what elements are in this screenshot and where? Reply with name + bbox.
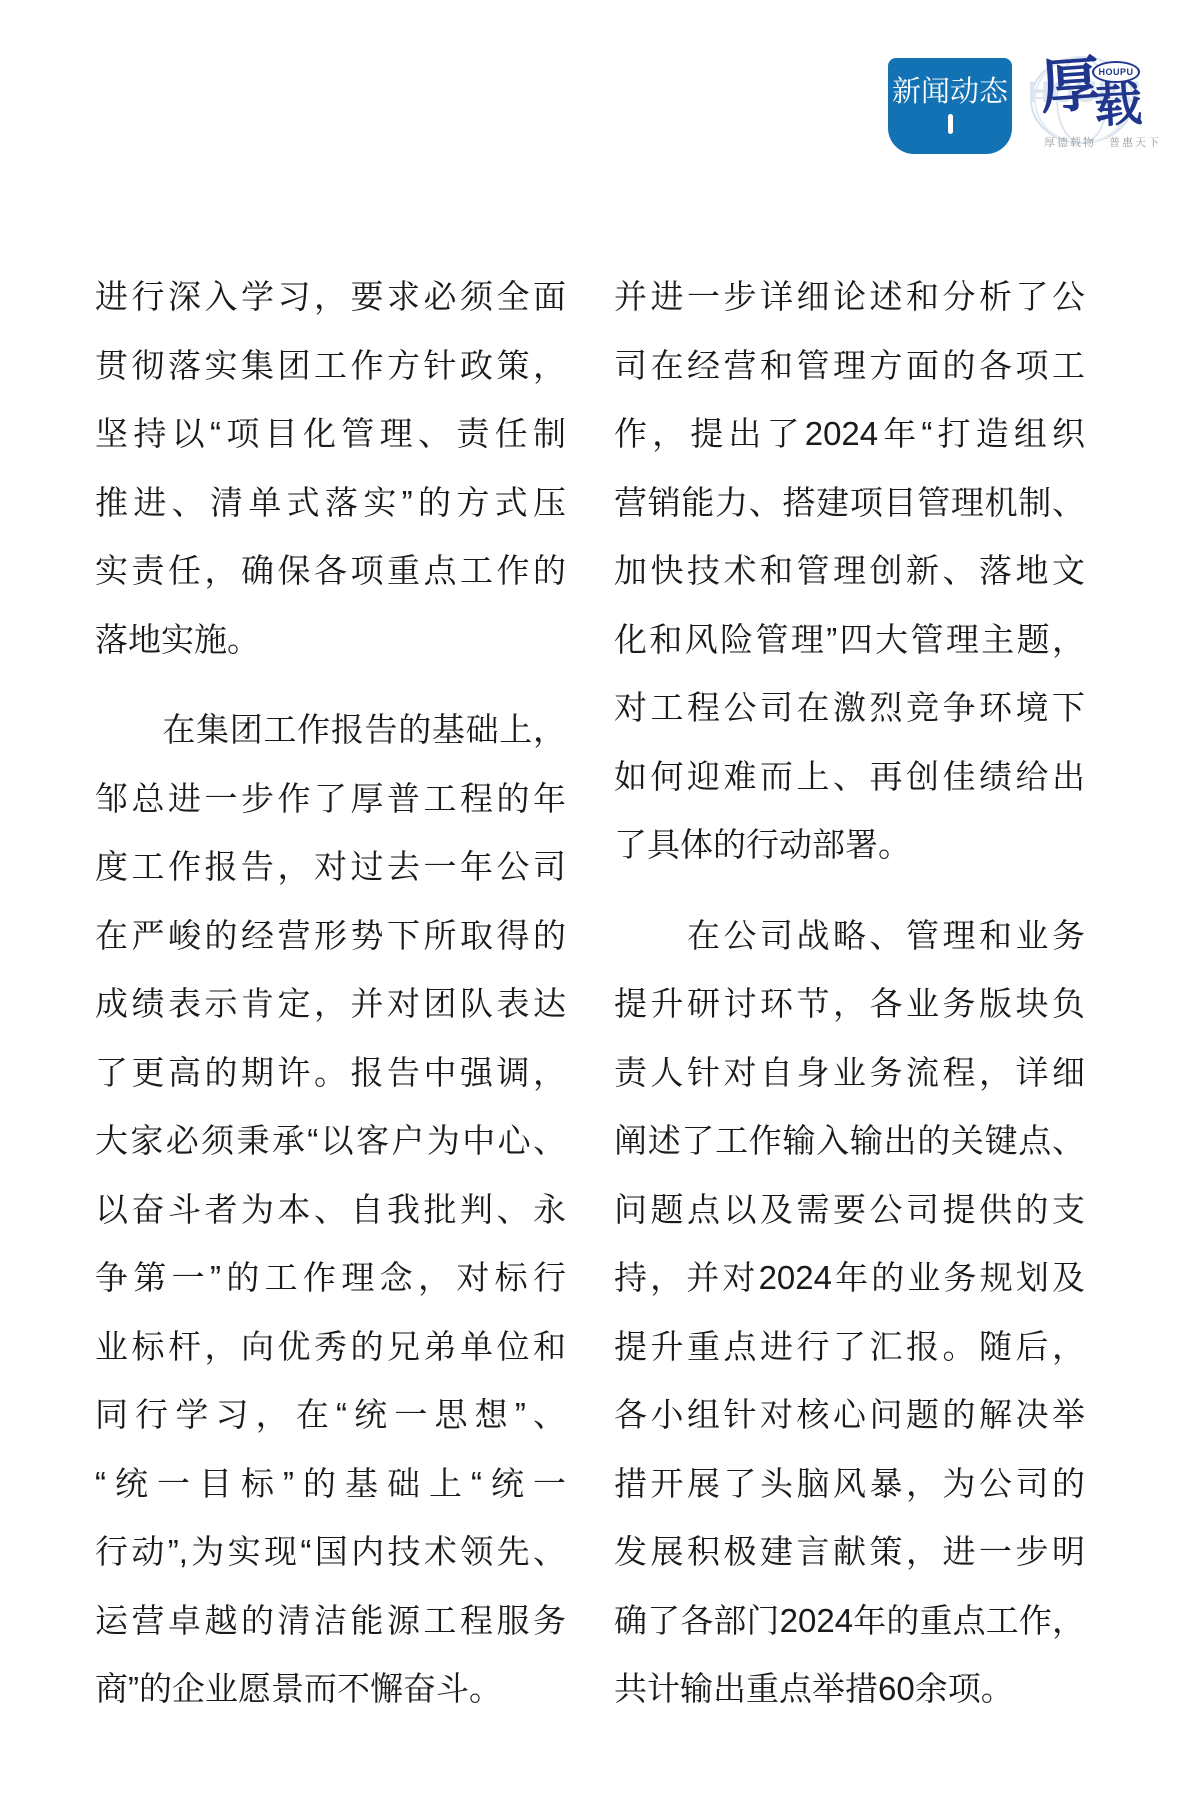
text-line: 营销能力、搭建项目管理机制、	[614, 469, 1085, 538]
text-line: 在集团工作报告的基础上，	[95, 696, 566, 765]
text-line: 同行学习，在“统一思想”、	[95, 1381, 566, 1450]
paragraph: 并进一步详细论述和分析了公司在经营和管理方面的各项工作，提出了2024年“打造组…	[614, 263, 1085, 880]
text-line: 以奋斗者为本、自我批判、永	[95, 1176, 566, 1245]
text-line: 加快技术和管理创新、落地文	[614, 537, 1085, 606]
company-logo: HOUPU 厚 载 HOUPU 厚德载物 普惠天下	[1022, 48, 1182, 153]
text-line: 阐述了工作输入输出的关键点、	[614, 1107, 1085, 1176]
text-line: 责人针对自身业务流程，详细	[614, 1039, 1085, 1108]
text-line: 发展积极建言献策，进一步明	[614, 1518, 1085, 1587]
text-line: 在严峻的经营形势下所取得的	[95, 902, 566, 971]
text-line: 司在经营和管理方面的各项工	[614, 332, 1085, 401]
text-line: 作，提出了2024年“打造组织	[614, 400, 1085, 469]
text-line: 度工作报告，对过去一年公司	[95, 833, 566, 902]
article-body: 进行深入学习，要求必须全面贯彻落实集团工作方针政策，坚持以“项目化管理、责任制推…	[95, 263, 1085, 1724]
text-line: 如何迎难而上、再创佳绩给出	[614, 743, 1085, 812]
text-line: 邹总进一步作了厚普工程的年	[95, 765, 566, 834]
text-line: 成绩表示肯定，并对团队表达	[95, 970, 566, 1039]
text-line: 运营卓越的清洁能源工程服务	[95, 1587, 566, 1656]
houpu-oval-label: HOUPU	[1098, 68, 1133, 77]
paragraph: 进行深入学习，要求必须全面贯彻落实集团工作方针政策，坚持以“项目化管理、责任制推…	[95, 263, 566, 674]
paragraph: 在公司战略、管理和业务提升研讨环节，各业务版块负责人针对自身业务流程，详细阐述了…	[614, 902, 1085, 1724]
text-line: 了更高的期许。报告中强调，	[95, 1039, 566, 1108]
badge-divider-bar	[948, 114, 953, 134]
text-line: 实责任，确保各项重点工作的	[95, 537, 566, 606]
text-line: 业标杆，向优秀的兄弟单位和	[95, 1313, 566, 1382]
text-line: 落地实施。	[95, 606, 566, 675]
page-header: 新闻动态 HOUPU 厚 载 HOUPU 厚德载物 普惠天下	[0, 0, 1200, 210]
text-line: 确了各部门2024年的重点工作，	[614, 1587, 1085, 1656]
article-column-left: 进行深入学习，要求必须全面贯彻落实集团工作方针政策，坚持以“项目化管理、责任制推…	[95, 263, 566, 1724]
text-line: 提升重点进行了汇报。随后，	[614, 1313, 1085, 1382]
article-column-right: 并进一步详细论述和分析了公司在经营和管理方面的各项工作，提出了2024年“打造组…	[614, 263, 1085, 1724]
text-line: 共计输出重点举措60余项。	[614, 1655, 1085, 1724]
page: { "header": { "badge": { "label": "新闻动态"…	[0, 0, 1200, 1800]
text-line: 措开展了头脑风暴，为公司的	[614, 1450, 1085, 1519]
news-section-badge: 新闻动态	[888, 58, 1012, 154]
text-line: 进行深入学习，要求必须全面	[95, 263, 566, 332]
text-line: 贯彻落实集团工作方针政策，	[95, 332, 566, 401]
text-line: 争第一”的工作理念，对标行	[95, 1244, 566, 1313]
text-line: 提升研讨环节，各业务版块负	[614, 970, 1085, 1039]
text-line: 并进一步详细论述和分析了公	[614, 263, 1085, 332]
text-line: “统一目标”的基础上“统一	[95, 1450, 566, 1519]
text-line: 坚持以“项目化管理、责任制	[95, 400, 566, 469]
news-badge-label: 新闻动态	[892, 78, 1008, 107]
text-line: 了具体的行动部署。	[614, 811, 1085, 880]
text-line: 推进、清单式落实”的方式压	[95, 469, 566, 538]
houpu-oval-badge: HOUPU	[1092, 61, 1140, 83]
text-line: 在公司战略、管理和业务	[614, 902, 1085, 971]
text-line: 问题点以及需要公司提供的支	[614, 1176, 1085, 1245]
text-line: 行动”,为实现“国内技术领先、	[95, 1518, 566, 1587]
text-line: 对工程公司在激烈竞争环境下	[614, 674, 1085, 743]
logo-calligraphy-char-2: 载	[1093, 81, 1143, 131]
text-line: 持，并对2024年的业务规划及	[614, 1244, 1085, 1313]
text-line: 化和风险管理”四大管理主题，	[614, 606, 1085, 675]
paragraph: 在集团工作报告的基础上，邹总进一步作了厚普工程的年度工作报告，对过去一年公司在严…	[95, 696, 566, 1724]
text-line: 各小组针对核心问题的解决举	[614, 1381, 1085, 1450]
logo-slogan: 厚德载物 普惠天下	[1044, 134, 1174, 150]
text-line: 大家必须秉承“以客户为中心、	[95, 1107, 566, 1176]
text-line: 商”的企业愿景而不懈奋斗。	[95, 1655, 566, 1724]
